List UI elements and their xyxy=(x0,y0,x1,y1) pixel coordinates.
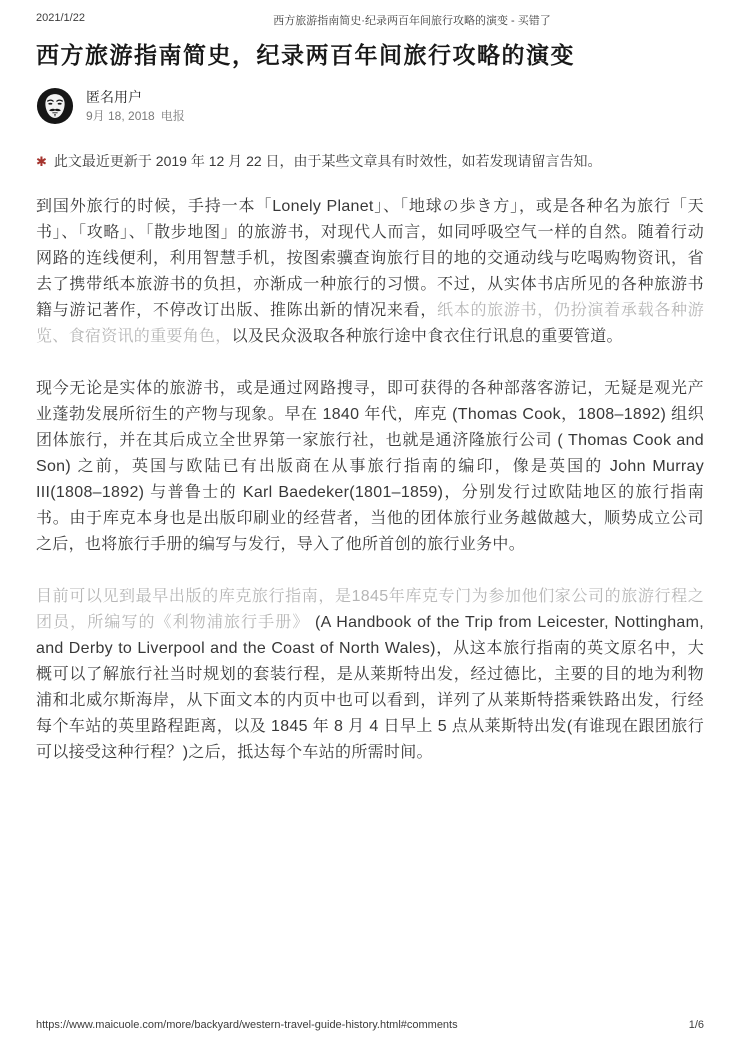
anonymous-mask-icon xyxy=(36,87,74,125)
text-segment: 以及民众汲取各种旅行途中食衣住行讯息的重要管道。 xyxy=(232,328,623,345)
print-footer: https://www.maicuole.com/more/backyard/w… xyxy=(36,1019,704,1031)
print-header-date: 2021/1/22 xyxy=(36,12,85,24)
asterisk-icon: ✱ xyxy=(36,154,47,169)
text-segment: 到国外旅行的时候，手持一本「Lonely Planet」、「地球の歩き方」，或是… xyxy=(36,198,704,319)
paragraph: 现今无论是实体的旅游书，或是通过网路搜寻，即可获得的各种部落客游记，无疑是观光产… xyxy=(36,376,704,558)
text-segment: 现今无论是实体的旅游书，或是通过网路搜寻，即可获得的各种部落客游记，无疑是观光产… xyxy=(36,380,704,553)
print-footer-url: https://www.maicuole.com/more/backyard/w… xyxy=(36,1019,458,1031)
author-info: 匿名用户 9月 18, 2018电报 xyxy=(86,88,185,124)
article: 西方旅游指南简史，纪录两百年间旅行攻略的演变 匿名用户 9月 18, 2018电… xyxy=(36,40,704,792)
author-meta: 9月 18, 2018电报 xyxy=(86,108,185,124)
article-body: 到国外旅行的时候，手持一本「Lonely Planet」、「地球の歩き方」，或是… xyxy=(36,194,704,766)
update-notice: ✱此文最近更新于 2019 年 12 月 22 日，由于某些文章具有时效性，如若… xyxy=(36,151,704,172)
author-name: 匿名用户 xyxy=(86,88,185,106)
text-segment: (A Handbook of the Trip from Leicester, … xyxy=(36,614,704,761)
print-header-doc-title: 西方旅游指南简史·纪录两百年间旅行攻略的演变 - 买错了 xyxy=(273,12,550,28)
author-row: 匿名用户 9月 18, 2018电报 xyxy=(36,87,704,125)
paragraph: 到国外旅行的时候，手持一本「Lonely Planet」、「地球の歩き方」，或是… xyxy=(36,194,704,350)
print-footer-page-number: 1/6 xyxy=(689,1019,704,1031)
category-label: 电报 xyxy=(161,109,185,123)
update-notice-text: 此文最近更新于 2019 年 12 月 22 日，由于某些文章具有时效性，如若发… xyxy=(54,153,602,169)
publish-date: 9月 18, 2018 xyxy=(86,109,155,123)
paragraph: 目前可以见到最早出版的库克旅行指南，是1845年库克专门为参加他们家公司的旅游行… xyxy=(36,584,704,766)
print-header: 2021/1/22 西方旅游指南简史·纪录两百年间旅行攻略的演变 - 买错了 xyxy=(0,12,740,28)
article-title: 西方旅游指南简史，纪录两百年间旅行攻略的演变 xyxy=(36,40,704,71)
